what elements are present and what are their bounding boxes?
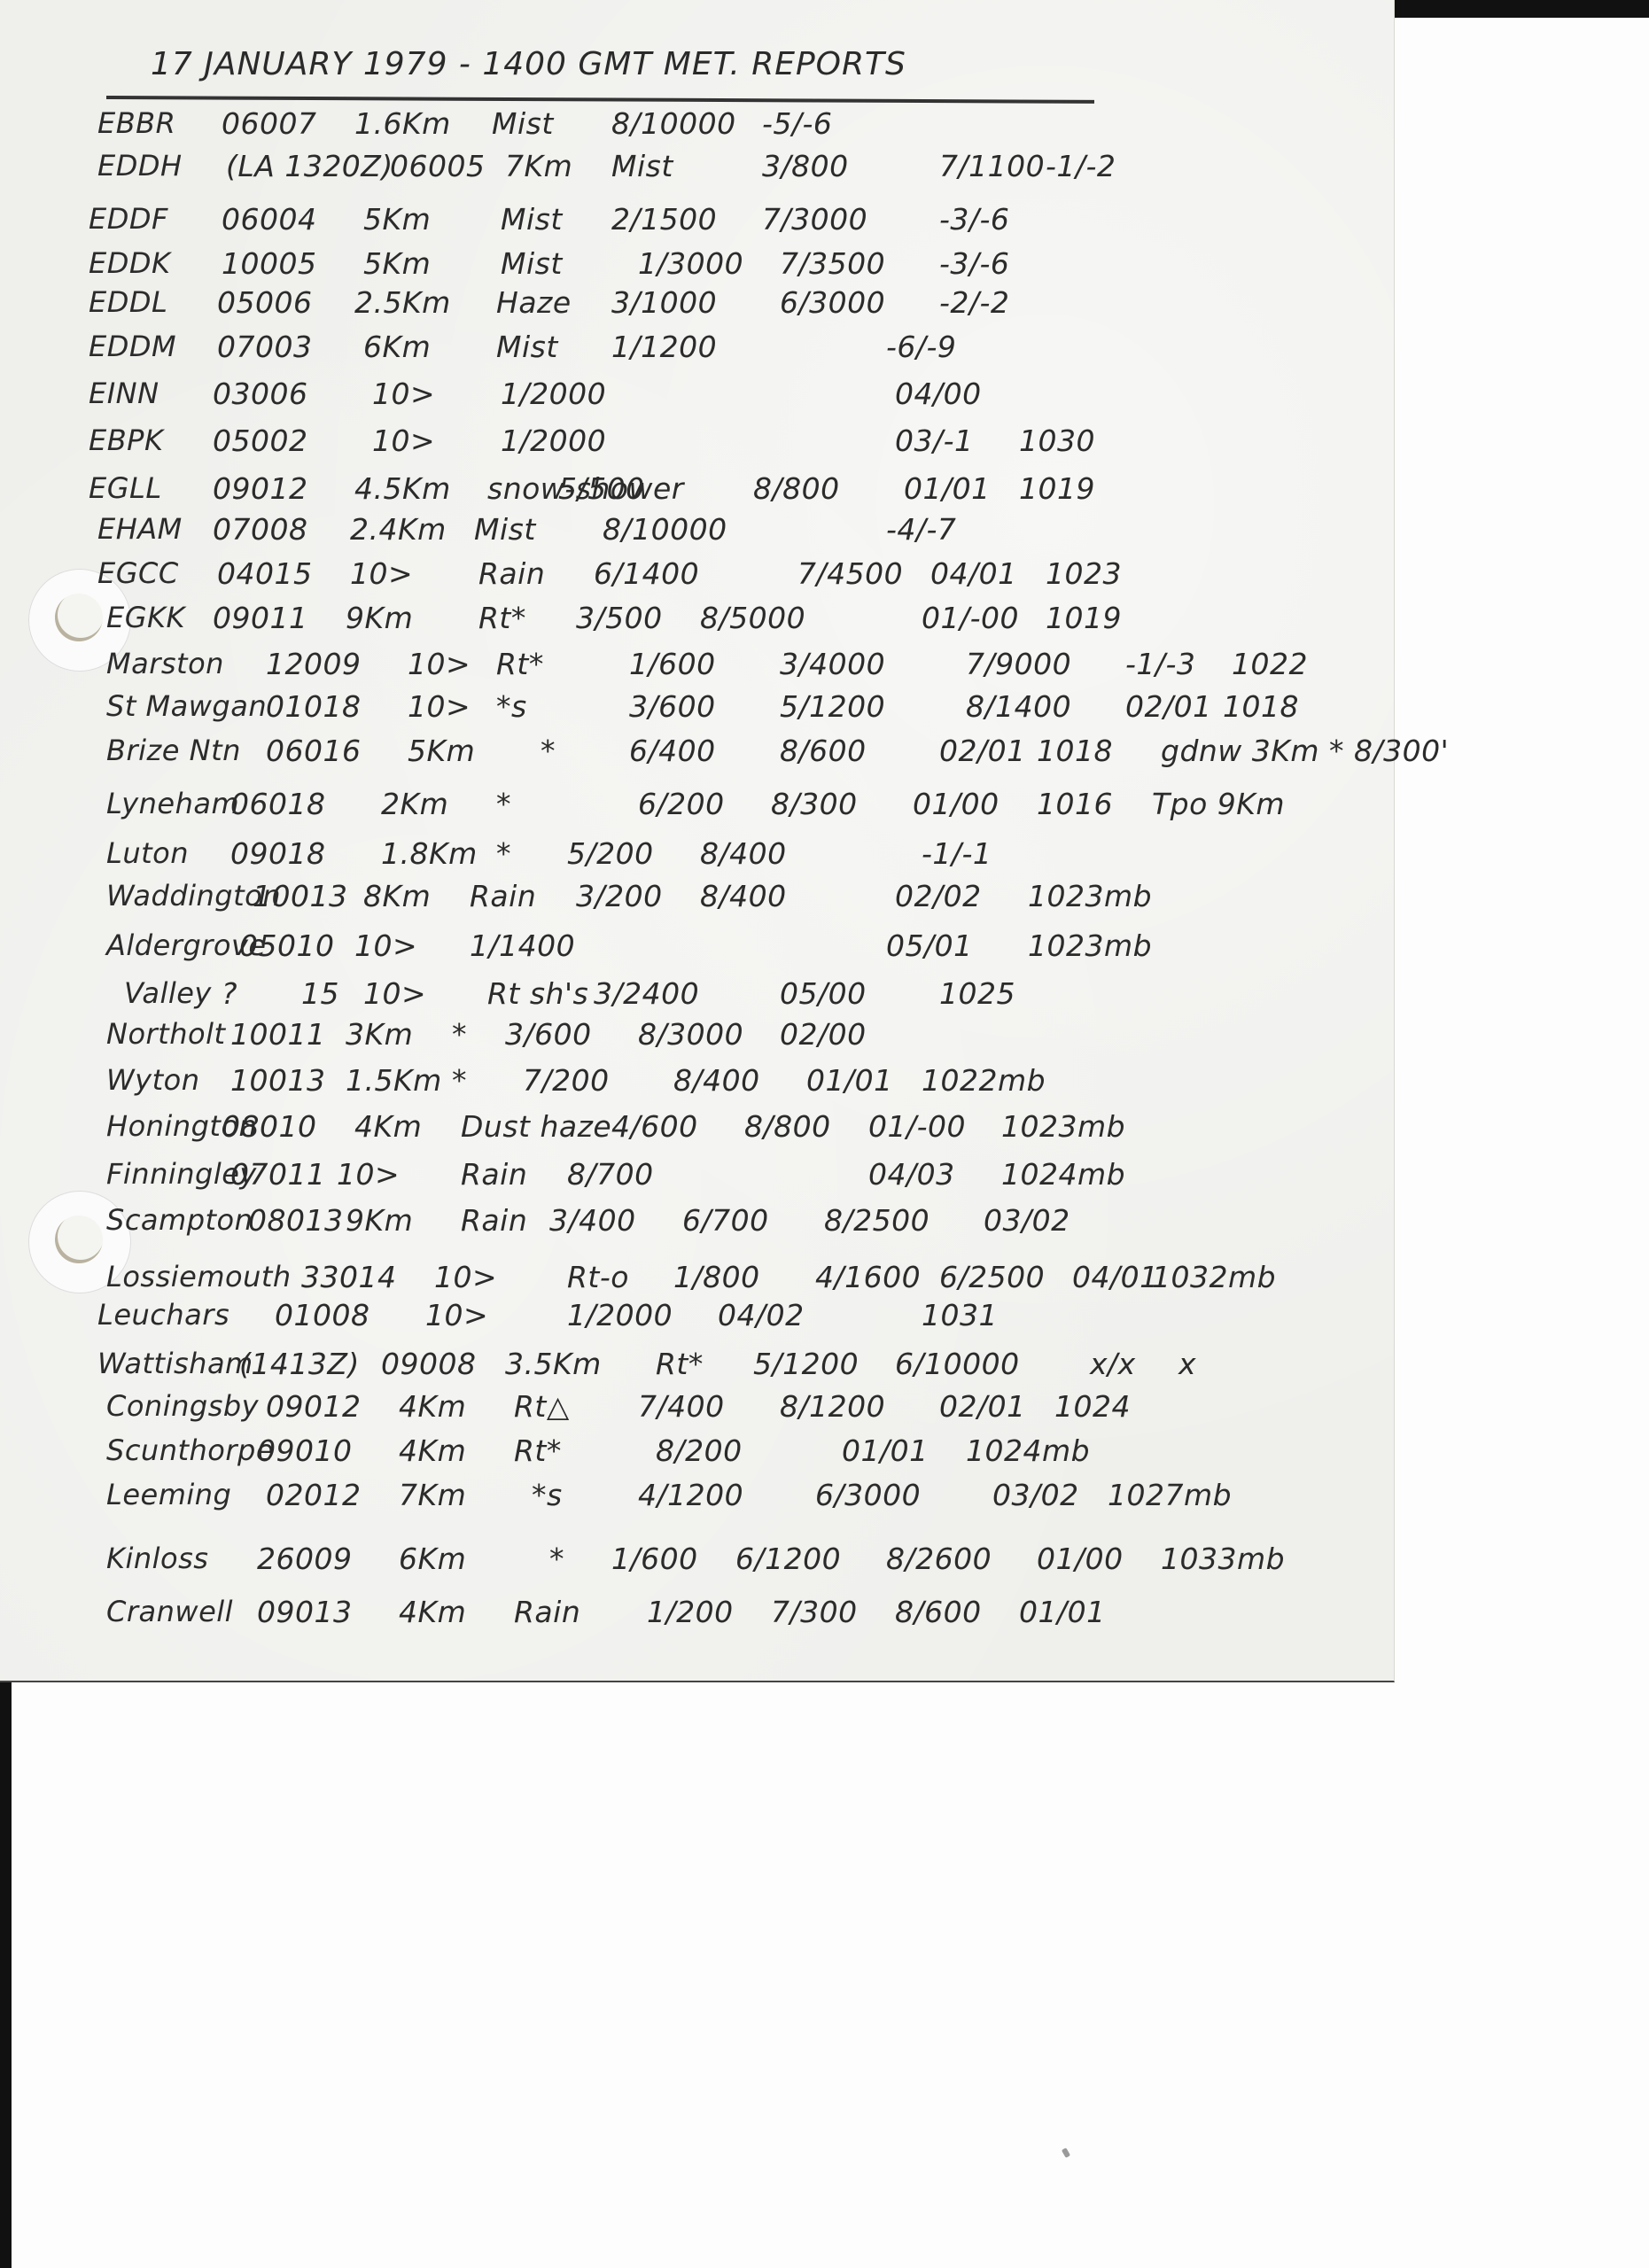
report-value: 1023mb bbox=[1028, 928, 1152, 963]
report-value: *s bbox=[496, 689, 527, 724]
report-value: x/x bbox=[1090, 1347, 1136, 1381]
report-value: 01/00 bbox=[1037, 1542, 1124, 1576]
report-value: 1032mb bbox=[1152, 1260, 1276, 1294]
report-value: 06004 bbox=[222, 202, 316, 237]
report-value: Rt* bbox=[496, 647, 544, 681]
report-value: 6Km bbox=[363, 330, 431, 364]
report-value: 01/01 bbox=[1019, 1595, 1106, 1629]
station-name: Leeming bbox=[106, 1478, 231, 1511]
station-name: EDDK bbox=[89, 246, 170, 280]
report-value: Rt* bbox=[514, 1433, 562, 1468]
report-value: -1/-1 bbox=[922, 836, 992, 871]
station-name: EINN bbox=[89, 377, 159, 410]
station-name: Leuchars bbox=[97, 1298, 229, 1332]
report-value: 01008 bbox=[275, 1298, 369, 1332]
report-value: 4/1200 bbox=[638, 1478, 743, 1512]
report-value: 1024 bbox=[1054, 1389, 1131, 1424]
report-value: 09018 bbox=[230, 836, 325, 871]
station-name: Northolt bbox=[106, 1017, 226, 1051]
report-value: 15 bbox=[301, 976, 339, 1011]
report-value: 02/01 bbox=[939, 734, 1026, 768]
station-name: EHAM bbox=[97, 512, 183, 546]
report-value: 6/1200 bbox=[735, 1542, 841, 1576]
report-value: 10> bbox=[354, 928, 417, 963]
report-value: 5Km bbox=[363, 202, 431, 237]
report-value: 03/02 bbox=[992, 1478, 1079, 1512]
station-name: Valley bbox=[124, 976, 212, 1010]
station-name: Scunthorpe bbox=[106, 1433, 274, 1467]
report-value: 1/1200 bbox=[611, 330, 717, 364]
report-value: 03006 bbox=[213, 377, 307, 411]
report-value: 1/600 bbox=[629, 647, 716, 681]
title-underline bbox=[106, 96, 1094, 104]
report-value: Mist bbox=[496, 330, 558, 364]
report-value: 02012 bbox=[266, 1478, 361, 1512]
report-value: 1030 bbox=[1019, 423, 1095, 458]
station-name: Coningsby bbox=[106, 1389, 259, 1423]
report-value: 3.5Km bbox=[505, 1347, 602, 1381]
report-value: (LA 1320Z) bbox=[226, 149, 393, 183]
report-value: 8/400 bbox=[700, 836, 787, 871]
station-name: St Mawgan bbox=[106, 689, 267, 723]
report-value: 1024mb bbox=[1001, 1157, 1125, 1192]
report-value: Mist bbox=[501, 202, 563, 237]
report-value: 8/5000 bbox=[700, 601, 805, 635]
report-value: 2.5Km bbox=[354, 285, 451, 320]
report-value: 8/700 bbox=[567, 1157, 654, 1192]
report-value: 8/2500 bbox=[824, 1203, 930, 1238]
report-value: 05/00 bbox=[780, 976, 867, 1011]
report-value: 7/200 bbox=[523, 1063, 610, 1098]
report-value: 3/500 bbox=[576, 601, 663, 635]
report-value: -5/-6 bbox=[762, 106, 832, 141]
report-value: 3/600 bbox=[505, 1017, 592, 1052]
report-value: 1.6Km bbox=[354, 106, 451, 141]
report-value: Mist bbox=[474, 512, 536, 547]
report-value: * bbox=[452, 1017, 467, 1052]
report-value: 8/2600 bbox=[886, 1542, 992, 1576]
report-value: 09008 bbox=[381, 1347, 476, 1381]
report-value: Rain bbox=[470, 879, 536, 913]
report-value: Rt sh's bbox=[487, 976, 588, 1011]
report-value: 04/03 bbox=[868, 1157, 955, 1192]
report-value: 1/200 bbox=[647, 1595, 734, 1629]
report-value: * bbox=[549, 1542, 564, 1576]
report-value: Dust haze bbox=[461, 1109, 611, 1144]
report-value: 1019 bbox=[1019, 471, 1095, 506]
report-value: 3/400 bbox=[549, 1203, 636, 1238]
report-value: 3/2400 bbox=[594, 976, 699, 1011]
report-value: 8/400 bbox=[700, 879, 787, 913]
station-name: Luton bbox=[106, 836, 189, 870]
report-value: 1022 bbox=[1232, 647, 1308, 681]
report-value: 10005 bbox=[222, 246, 316, 281]
page-title: 17 JANUARY 1979 - 1400 GMT MET. REPORTS bbox=[151, 46, 906, 82]
report-value: 1016 bbox=[1037, 787, 1113, 821]
report-value: 04/01 bbox=[1072, 1260, 1159, 1294]
report-value: 7/3500 bbox=[780, 246, 885, 281]
report-value: 8/600 bbox=[895, 1595, 982, 1629]
report-value: -6/-9 bbox=[886, 330, 956, 364]
report-value: Rain bbox=[461, 1203, 527, 1238]
report-value: 1/2000 bbox=[501, 423, 606, 458]
report-value: 1/3000 bbox=[638, 246, 743, 281]
report-value: 9Km bbox=[346, 601, 413, 635]
report-value: 1.5Km bbox=[346, 1063, 442, 1098]
report-value: 10> bbox=[408, 689, 471, 724]
report-value: 8/800 bbox=[753, 471, 840, 506]
station-name: EDDF bbox=[89, 202, 168, 236]
report-value: 07008 bbox=[213, 512, 307, 547]
report-value: 2Km bbox=[381, 787, 448, 821]
report-value: 05006 bbox=[217, 285, 312, 320]
report-value: 04015 bbox=[217, 556, 312, 591]
report-value: 3Km bbox=[346, 1017, 413, 1052]
report-value: 1027mb bbox=[1108, 1478, 1232, 1512]
report-value: 1/800 bbox=[673, 1260, 760, 1294]
report-value: 6/10000 bbox=[895, 1347, 1020, 1381]
report-value: 05/01 bbox=[886, 928, 973, 963]
report-value: 08010 bbox=[222, 1109, 316, 1144]
report-value: 10> bbox=[408, 647, 471, 681]
report-value: 06005 bbox=[390, 149, 485, 183]
report-value: 5Km bbox=[363, 246, 431, 281]
report-value: 1/1400 bbox=[470, 928, 575, 963]
station-name: Lyneham bbox=[106, 787, 239, 820]
report-value: 7/9000 bbox=[966, 647, 1071, 681]
report-value: 7/400 bbox=[638, 1389, 725, 1424]
report-value: x bbox=[1178, 1347, 1196, 1381]
report-value: Mist bbox=[501, 246, 563, 281]
report-value: 06016 bbox=[266, 734, 361, 768]
report-value: 10> bbox=[350, 556, 413, 591]
report-value: 33014 bbox=[301, 1260, 396, 1294]
report-value: 07003 bbox=[217, 330, 312, 364]
report-value: 7/300 bbox=[771, 1595, 858, 1629]
station-name: EGKK bbox=[106, 601, 185, 634]
report-value: 04/02 bbox=[718, 1298, 805, 1332]
report-value: 7/3000 bbox=[762, 202, 867, 237]
report-value: 2.4Km bbox=[350, 512, 447, 547]
report-value: 10> bbox=[434, 1260, 497, 1294]
station-name: EGLL bbox=[89, 471, 162, 505]
report-value: Tpo 9Km bbox=[1152, 787, 1285, 821]
report-value: -2/-2 bbox=[939, 285, 1009, 320]
report-value: 01/01 bbox=[904, 471, 991, 506]
report-value: 8/300 bbox=[771, 787, 858, 821]
report-value: 06007 bbox=[222, 106, 316, 141]
report-value: Mist bbox=[611, 149, 673, 183]
report-value: 10> bbox=[363, 976, 426, 1011]
report-value: 8/600 bbox=[780, 734, 867, 768]
report-value: 10> bbox=[425, 1298, 488, 1332]
report-value: Haze bbox=[496, 285, 572, 320]
report-value: 02/00 bbox=[780, 1017, 867, 1052]
report-value: 07011 bbox=[230, 1157, 325, 1192]
report-value: 26009 bbox=[257, 1542, 352, 1576]
report-value: 7Km bbox=[399, 1478, 466, 1512]
report-value: -4/-7 bbox=[886, 512, 956, 547]
report-value: 01/01 bbox=[806, 1063, 893, 1098]
report-value: * bbox=[496, 787, 511, 821]
station-name: Scampton bbox=[106, 1203, 253, 1237]
report-value: 4Km bbox=[399, 1389, 466, 1424]
report-value: 6/3000 bbox=[780, 285, 885, 320]
report-value: 09011 bbox=[213, 601, 307, 635]
report-value: 3/800 bbox=[762, 149, 849, 183]
report-value: 01/00 bbox=[913, 787, 1000, 821]
report-value: 6/3000 bbox=[815, 1478, 921, 1512]
report-value: 3/1000 bbox=[611, 285, 717, 320]
report-value: 09012 bbox=[266, 1389, 361, 1424]
report-value: 8/200 bbox=[656, 1433, 743, 1468]
report-value: 5/1200 bbox=[753, 1347, 859, 1381]
report-value: 03/02 bbox=[984, 1203, 1070, 1238]
report-value: 10011 bbox=[230, 1017, 325, 1052]
report-value: 12009 bbox=[266, 647, 361, 681]
report-value: Mist bbox=[492, 106, 554, 141]
report-value: -1/-2 bbox=[1046, 149, 1116, 183]
report-value: 1022mb bbox=[922, 1063, 1046, 1098]
scan-speck bbox=[1062, 2148, 1070, 2158]
report-value: 7/1100 bbox=[939, 149, 1045, 183]
station-name: Wattisham bbox=[97, 1347, 253, 1380]
report-value: 02/02 bbox=[895, 879, 982, 913]
report-value: Rt△ bbox=[514, 1389, 570, 1424]
report-value: 9Km bbox=[346, 1203, 413, 1238]
report-value: 08013 bbox=[248, 1203, 343, 1238]
station-name: Wyton bbox=[106, 1063, 199, 1097]
report-value: 3/600 bbox=[629, 689, 716, 724]
report-value: *s bbox=[532, 1478, 563, 1512]
report-value: 8/3000 bbox=[638, 1017, 743, 1052]
report-value: 8/800 bbox=[744, 1109, 831, 1144]
report-value: Rt* bbox=[656, 1347, 704, 1381]
report-value: 01018 bbox=[266, 689, 361, 724]
report-value: gdnw 3Km * 8/300' bbox=[1161, 734, 1449, 768]
report-value: 1.8Km bbox=[381, 836, 478, 871]
report-value: 04/01 bbox=[930, 556, 1017, 591]
report-value: 2/1500 bbox=[611, 202, 717, 237]
report-value: 3/200 bbox=[576, 879, 663, 913]
report-value: 8/1200 bbox=[780, 1389, 885, 1424]
report-value: 09013 bbox=[257, 1595, 352, 1629]
report-value: 4Km bbox=[399, 1433, 466, 1468]
report-value: 1033mb bbox=[1161, 1542, 1285, 1576]
report-value: 10> bbox=[372, 377, 435, 411]
station-name: EGCC bbox=[97, 556, 179, 590]
report-value: 01/-00 bbox=[922, 601, 1019, 635]
report-value: Rain bbox=[478, 556, 545, 591]
report-value: * bbox=[541, 734, 556, 768]
report-value: 8Km bbox=[363, 879, 431, 913]
station-name: Brize Ntn bbox=[106, 734, 241, 767]
report-value: 02/01 bbox=[939, 1389, 1026, 1424]
report-value: 5Km bbox=[408, 734, 475, 768]
report-value: Rt* bbox=[478, 601, 526, 635]
report-value: 6/400 bbox=[629, 734, 716, 768]
report-value: Rain bbox=[461, 1157, 527, 1192]
report-value: 3/4000 bbox=[780, 647, 885, 681]
report-value: (1413Z) bbox=[239, 1347, 360, 1381]
report-value: 1/600 bbox=[611, 1542, 698, 1576]
paper-sheet: 17 JANUARY 1979 - 1400 GMT MET. REPORTS … bbox=[0, 0, 1395, 1682]
report-value: 1018 bbox=[1037, 734, 1113, 768]
report-value: 10013 bbox=[253, 879, 347, 913]
report-value: 1023mb bbox=[1001, 1109, 1125, 1144]
report-value: 4/1600 bbox=[815, 1260, 921, 1294]
report-value: * bbox=[496, 836, 511, 871]
report-value: 10> bbox=[372, 423, 435, 458]
report-value: 6/2500 bbox=[939, 1260, 1045, 1294]
report-value: 10> bbox=[337, 1157, 400, 1192]
report-value: 6/200 bbox=[638, 787, 725, 821]
report-value: 8/10000 bbox=[603, 512, 727, 547]
report-value: 4Km bbox=[354, 1109, 422, 1144]
report-value: 5/1200 bbox=[780, 689, 885, 724]
report-value: 09010 bbox=[257, 1433, 352, 1468]
report-value: 05002 bbox=[213, 423, 307, 458]
report-value: 01/01 bbox=[842, 1433, 929, 1468]
report-value: 04/00 bbox=[895, 377, 982, 411]
report-value: 1019 bbox=[1046, 601, 1122, 635]
station-name: Cranwell bbox=[106, 1595, 233, 1628]
report-value: 1025 bbox=[939, 976, 1015, 1011]
report-value: 09012 bbox=[213, 471, 307, 506]
station-name: EBBR bbox=[97, 106, 175, 140]
report-value: 01/-00 bbox=[868, 1109, 966, 1144]
station-name: Kinloss bbox=[106, 1542, 208, 1575]
station-name: EDDL bbox=[89, 285, 167, 319]
report-value: 5/200 bbox=[567, 836, 654, 871]
report-value: 1023 bbox=[1046, 556, 1122, 591]
station-name: Lossiemouth bbox=[106, 1260, 292, 1293]
station-name: EDDH bbox=[97, 149, 183, 183]
report-value: 6/1400 bbox=[594, 556, 699, 591]
report-value: 03/-1 bbox=[895, 423, 974, 458]
report-value: Rt-o bbox=[567, 1260, 629, 1294]
report-value: 8/1400 bbox=[966, 689, 1071, 724]
report-value: 4/600 bbox=[611, 1109, 698, 1144]
report-value: 7/4500 bbox=[797, 556, 903, 591]
report-value: 4.5Km bbox=[354, 471, 451, 506]
station-name: EDDM bbox=[89, 330, 176, 363]
report-value: 8/400 bbox=[673, 1063, 760, 1098]
report-value: ? bbox=[222, 976, 237, 1011]
report-value: 1018 bbox=[1223, 689, 1299, 724]
report-value: -3/-6 bbox=[939, 246, 1009, 281]
station-name: Marston bbox=[106, 647, 224, 680]
report-value: 1024mb bbox=[966, 1433, 1090, 1468]
report-value: -3/-6 bbox=[939, 202, 1009, 237]
report-value: 10013 bbox=[230, 1063, 325, 1098]
report-value: 1/2000 bbox=[501, 377, 606, 411]
report-value: 02/01 bbox=[1125, 689, 1212, 724]
report-value: 6/700 bbox=[682, 1203, 769, 1238]
report-value: 06018 bbox=[230, 787, 325, 821]
report-value: 1/2000 bbox=[567, 1298, 673, 1332]
scan-border-left bbox=[0, 1681, 12, 2268]
report-value: -1/-3 bbox=[1125, 647, 1195, 681]
scan-border-top bbox=[1394, 0, 1649, 18]
report-value: 6Km bbox=[399, 1542, 466, 1576]
report-value: 8/10000 bbox=[611, 106, 736, 141]
report-value: 1023mb bbox=[1028, 879, 1152, 913]
station-name: EBPK bbox=[89, 423, 163, 457]
report-value: * bbox=[452, 1063, 467, 1098]
report-value: 05010 bbox=[239, 928, 334, 963]
report-value: 5/500 bbox=[558, 471, 645, 506]
report-value: 7Km bbox=[505, 149, 572, 183]
report-value: 1031 bbox=[922, 1298, 998, 1332]
report-value: Rain bbox=[514, 1595, 580, 1629]
report-value: 4Km bbox=[399, 1595, 466, 1629]
